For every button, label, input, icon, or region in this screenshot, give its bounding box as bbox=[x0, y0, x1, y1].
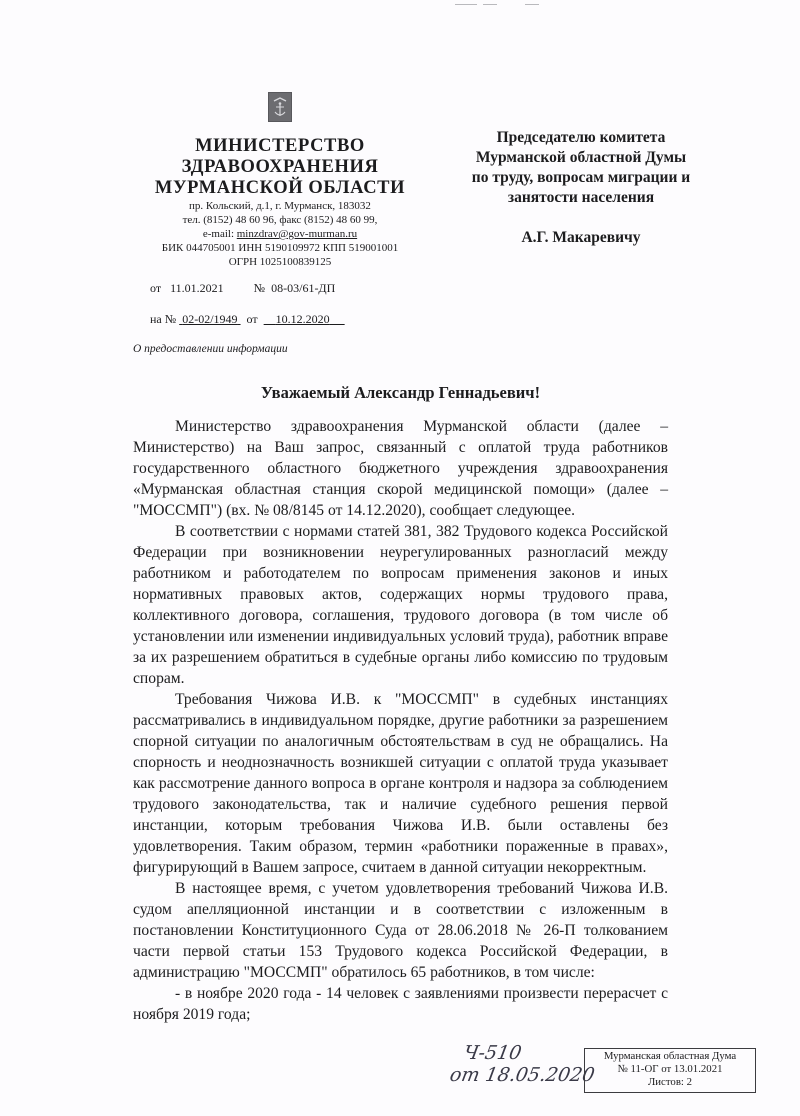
salutation: Уважаемый Александр Геннадьевич! bbox=[133, 383, 668, 403]
paragraph: Требования Чижова И.В. к "МОССМП" в суде… bbox=[133, 689, 668, 878]
outgoing-reference: от 11.01.2021 № 08-03/61-ДП bbox=[150, 281, 335, 296]
outgoing-date-label: от bbox=[150, 281, 161, 295]
org-address: пр. Кольский, д.1, г. Мурманск, 183032 bbox=[135, 199, 425, 213]
org-email-line: e-mail: minzdrav@gov-murman.ru bbox=[135, 227, 425, 241]
recipient-line: занятости населения bbox=[450, 188, 712, 208]
scan-artifact-marks bbox=[455, 4, 545, 6]
reply-number: 02-02/1949 bbox=[179, 312, 240, 326]
registration-stamp: Мурманская областная Дума № 11-ОГ от 13.… bbox=[584, 1048, 756, 1093]
recipient-line: Председателю комитета bbox=[450, 128, 712, 148]
reply-date: 10.12.2020 bbox=[264, 312, 345, 326]
org-ogrn: ОГРН 1025100839125 bbox=[135, 255, 425, 269]
recipient-block: Председателю комитета Мурманской областн… bbox=[450, 128, 712, 248]
org-name-line: МИНИСТЕРСТВО bbox=[135, 136, 425, 157]
subject-line: О предоставлении информации bbox=[133, 343, 288, 355]
email-link[interactable]: minzdrav@gov-murman.ru bbox=[237, 228, 357, 240]
letter-body: Министерство здравоохранения Мурманской … bbox=[133, 416, 668, 1025]
org-name-line: ЗДРАВООХРАНЕНИЯ bbox=[135, 157, 425, 178]
outgoing-number-label: № bbox=[254, 281, 265, 295]
paragraph: - в ноябре 2020 года - 14 человек с заяв… bbox=[133, 983, 668, 1025]
handwritten-number: Ч-510 bbox=[452, 1042, 600, 1064]
reply-number-label: на № bbox=[150, 312, 176, 326]
recipient-line: Мурманской областной Думы bbox=[450, 148, 712, 168]
reply-date-label: от bbox=[247, 312, 258, 326]
stamp-number: № 11-ОГ от 13.01.2021 bbox=[585, 1063, 755, 1076]
handwritten-note: Ч-510 от 18.05.2020 bbox=[448, 1042, 600, 1086]
org-phone-fax: тел. (8152) 48 60 96, факс (8152) 48 60 … bbox=[135, 213, 425, 227]
letterhead: МИНИСТЕРСТВО ЗДРАВООХРАНЕНИЯ МУРМАНСКОЙ … bbox=[135, 92, 425, 269]
org-name-line: МУРМАНСКОЙ ОБЛАСТИ bbox=[135, 178, 425, 199]
recipient-name: А.Г. Макаревичу bbox=[450, 228, 712, 248]
stamp-pages: Листов: 2 bbox=[585, 1076, 755, 1089]
paragraph: В настоящее время, с учетом удовлетворен… bbox=[133, 878, 668, 983]
stamp-org: Мурманская областная Дума bbox=[585, 1050, 755, 1063]
email-label: e-mail: bbox=[203, 228, 237, 240]
reply-reference: на № 02-02/1949 от 10.12.2020 bbox=[150, 312, 345, 327]
handwritten-date: от 18.05.2020 bbox=[448, 1064, 596, 1086]
paragraph: Министерство здравоохранения Мурманской … bbox=[133, 416, 668, 521]
recipient-line: по труду, вопросам миграции и bbox=[450, 168, 712, 188]
outgoing-date: 11.01.2021 bbox=[170, 281, 224, 295]
outgoing-number: 08-03/61-ДП bbox=[271, 281, 335, 295]
paragraph: В соответствии с нормами статей 381, 382… bbox=[133, 521, 668, 689]
org-bank-details: БИК 044705001 ИНН 5190109972 КПП 5190010… bbox=[135, 241, 425, 255]
coat-of-arms-icon bbox=[268, 92, 292, 122]
